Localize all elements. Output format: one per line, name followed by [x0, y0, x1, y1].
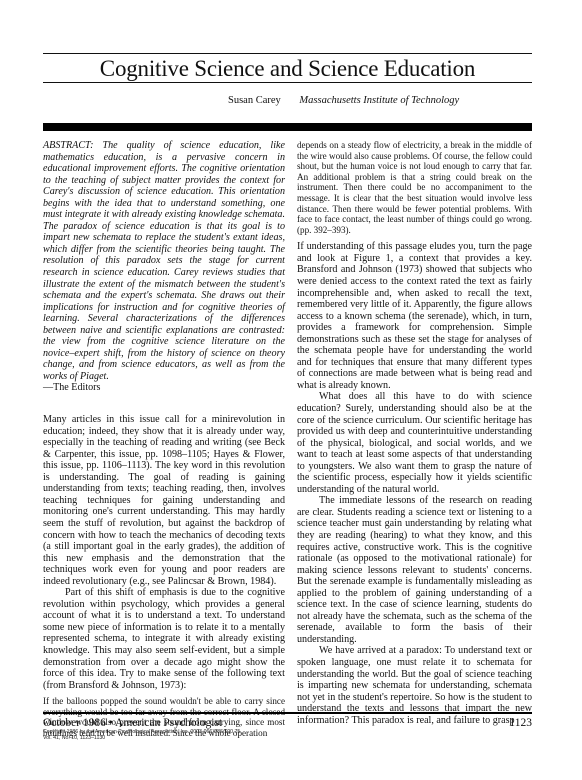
body-paragraph: Part of this shift of emphasis is due to… [43, 587, 285, 691]
left-column: ABSTRACT: The quality of science educati… [43, 140, 285, 739]
body-paragraph: We have arrived at a paradox: To underst… [297, 645, 532, 726]
abstract-signoff: —The Editors [43, 382, 285, 394]
right-column: depends on a steady flow of electricity,… [297, 140, 532, 726]
title-bottom-rule [43, 82, 532, 83]
footer: October 1986 • American Psychologist Cop… [43, 717, 240, 741]
body-paragraph: The immediate lessons of the research on… [297, 495, 532, 645]
abstract-top-bar [43, 123, 532, 131]
title-top-rule [43, 53, 532, 54]
abstract-gap [43, 394, 285, 414]
article-title: Cognitive Science and Science Education [43, 55, 532, 82]
block-quote-continued: depends on a steady flow of electricity,… [297, 140, 532, 235]
body-paragraph: What does all this have to do with scien… [297, 391, 532, 495]
body-paragraph: Many articles in this issue call for a m… [43, 414, 285, 587]
byline: Susan Carey Massachusetts Institute of T… [228, 95, 459, 106]
volume-line: Vol. 41, No. 10, 1123–1130 [43, 736, 240, 742]
body-paragraph: If understanding of this passage eludes … [297, 241, 532, 391]
page-number: 1123 [509, 717, 532, 729]
author-name: Susan Carey [228, 95, 281, 106]
abstract-text: ABSTRACT: The quality of science educati… [43, 140, 285, 382]
footer-top-bar [43, 712, 532, 714]
author-affiliation: Massachusetts Institute of Technology [299, 95, 459, 106]
